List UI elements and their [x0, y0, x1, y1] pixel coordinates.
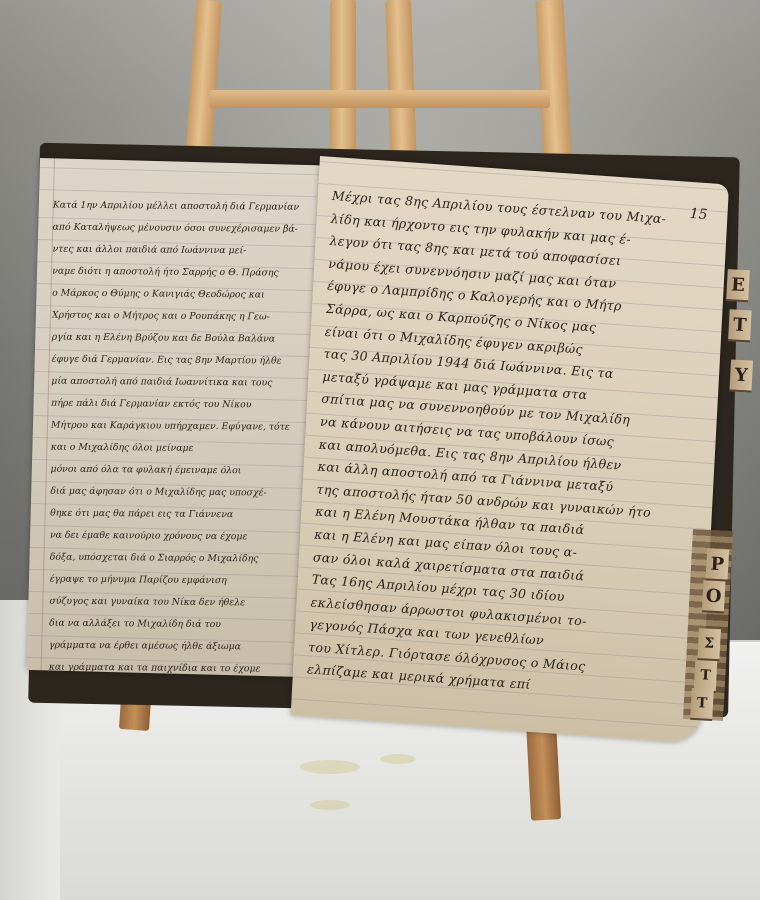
index-tab: Σ — [697, 628, 721, 661]
handwritten-line: δια να αλλάξει το Μιχαλίδη διά του — [49, 613, 313, 637]
easel-center-left-upright — [330, 0, 356, 170]
index-tab: Ο — [702, 580, 726, 613]
handwritten-line: πήρε πάλι διά Γερμανίαν εκτός του Νίκου — [51, 393, 315, 417]
cabinet-stain — [380, 754, 416, 764]
index-tab: Τ — [728, 309, 752, 342]
handwritten-line: διά μας άφησαν ότι ο Μιχαλίδης μας υποσχ… — [50, 481, 314, 505]
handwritten-line: ργία και η Ελένη Βρύζου και δε Βούλα Βαλ… — [52, 327, 316, 351]
cabinet-stain — [300, 760, 360, 774]
handwritten-line: Μήτρου και Καράγκιου υπήρχαμεν. Εφύγανε,… — [51, 415, 315, 439]
right-page-text: Μέχρι τας 8ης Απριλίου τους έστελναν του… — [293, 156, 730, 709]
handwritten-line: μία αποστολή από παιδιά Ιωαννίτικα και τ… — [51, 371, 315, 395]
handwritten-line: δόξα, υπόσχεται διά ο Σιαρρός ο Μιχαλίδη… — [50, 547, 314, 571]
index-tab: Ρ — [705, 548, 729, 581]
notebook-right-page: 15 Μέχρι τας 8ης Απριλίου τους έστελναν … — [291, 156, 729, 744]
handwritten-line: ντες και άλλοι παιδιά από Ιωάννινα μεί- — [52, 239, 316, 263]
notebook-left-page: Κατά 1ην Απριλίου μέλλει αποστολή διά Γε… — [27, 158, 330, 677]
left-page-text: Κατά 1ην Απριλίου μέλλει αποστολή διά Γε… — [31, 160, 326, 677]
handwritten-line: ναμε διότι η αποστολή ήτο Σαρρής ο Θ. Πρ… — [52, 261, 316, 285]
handwritten-line: και ο Μιχαλίδης όλοι μείναμε — [51, 437, 315, 461]
cabinet-stain — [310, 800, 350, 810]
handwritten-line: γράμματα να έρθει αμέσως ήλθε άξιωμα — [49, 635, 313, 659]
handwritten-line: Κατά 1ην Απριλίου μέλλει αποστολή διά Γε… — [53, 195, 317, 219]
handwritten-line: να δει έμαθε καινούριο χρόνους να έχομε — [50, 525, 314, 549]
handwritten-line: μόνοι από όλα τα φυλακή έμειναμε όλοι — [50, 459, 314, 483]
handwritten-line: ο Μάρκος ο Θύμης ο Κανιγιάς Θεοδώρος και — [52, 283, 316, 307]
index-tab: Τ — [690, 688, 714, 721]
handwritten-line: Χρήστος και ο Μήτρος και ο Ρουπάκης η Γε… — [52, 305, 316, 329]
index-tab: Ε — [726, 269, 750, 302]
handwritten-line: από Καταλήψεως μένουσιν όσοι συνεχέρισαμ… — [53, 217, 317, 241]
handwritten-line: έφυγε διά Γερμανίαν. Εις τας 8ην Μαρτίου… — [51, 349, 315, 373]
handwritten-line: σύζυγος και γυναίκα του Νίκα δεν ήθελε — [49, 591, 313, 615]
handwritten-line: έγραψε το μήνυμα Παρίζου εμφάνιση — [49, 569, 313, 593]
easel-crossbar — [210, 90, 550, 108]
index-tab: Υ — [729, 359, 753, 392]
handwritten-line: θηκε ότι μας θα πάρει εις τα Γιάννενα — [50, 503, 314, 527]
